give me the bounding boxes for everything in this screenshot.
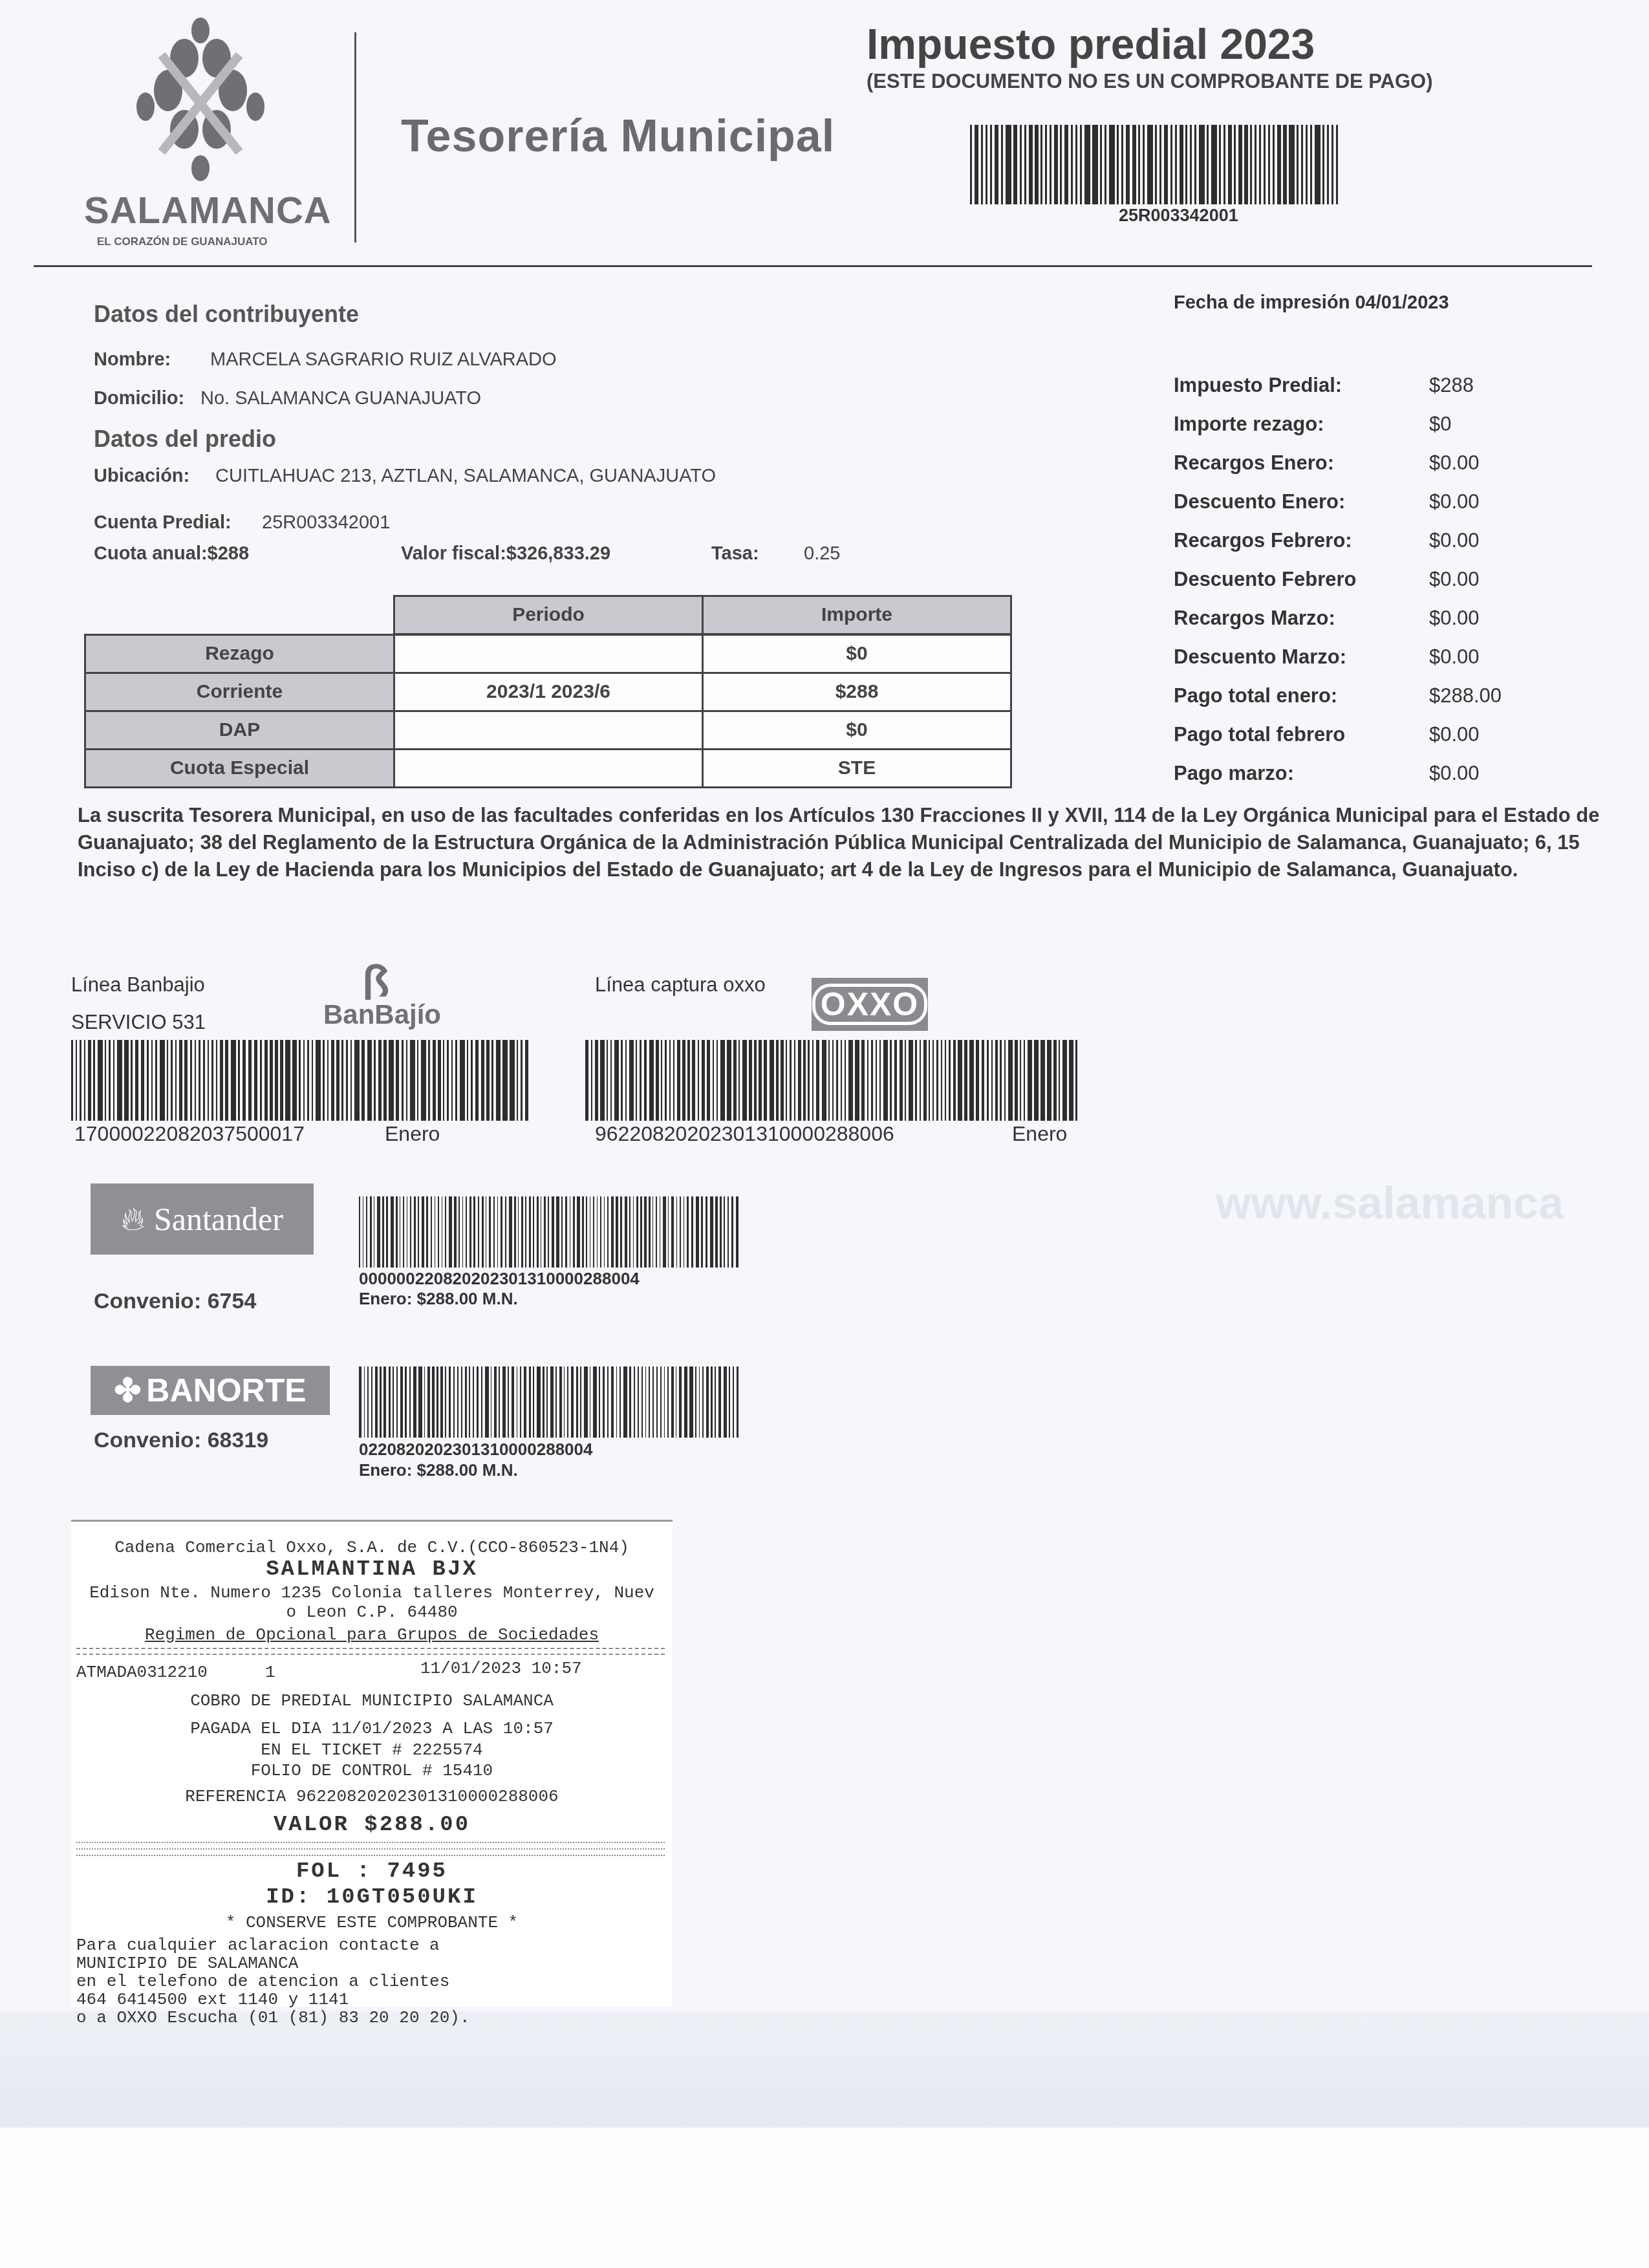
- receipt-referencia: REFERENCIA 96220820202301310000288006: [71, 1787, 673, 1806]
- department-name: Tesorería Municipal: [401, 110, 835, 162]
- summary-label: Descuento Marzo:: [1174, 645, 1346, 669]
- oxxo-month: Enero: [1012, 1122, 1067, 1146]
- cuenta-value: 25R003342001: [262, 512, 390, 534]
- banorte-logo-icon: ✤: [114, 1372, 141, 1409]
- santander-flame-icon: 🔥︎: [121, 1200, 145, 1238]
- ubicacion-label: Ubicación:: [94, 466, 189, 487]
- table-row-importe: STE: [702, 748, 1012, 788]
- cuota-anual: Cuota anual:$288: [94, 543, 249, 565]
- scan-fold-band: [0, 2011, 1649, 2128]
- predio-heading: Datos del predio: [94, 426, 276, 453]
- oxxo-receipt: Cadena Comercial Oxxo, S.A. de C.V.(CCO-…: [71, 1520, 673, 2007]
- valor-fiscal: Valor fiscal:$326,833.29: [401, 543, 610, 565]
- summary-value: $0: [1429, 413, 1451, 436]
- table-row-importe: $0: [702, 634, 1012, 674]
- table-row-concept: Cuota Especial: [84, 748, 395, 788]
- table-header-periodo: Periodo: [393, 595, 704, 635]
- summary-row: Recargos Febrero:$0.00: [1174, 529, 1594, 561]
- summary-value: $0.00: [1429, 529, 1480, 552]
- summary-row: Pago marzo:$0.00: [1174, 762, 1594, 794]
- show-through-text: www.salamanca: [1216, 1177, 1564, 1229]
- document-disclaimer: (ESTE DOCUMENTO NO ES UN COMPROBANTE DE …: [867, 70, 1433, 93]
- receipt-divider: [76, 1842, 665, 1843]
- receipt-contact-5: o a OXXO Escucha (01 (81) 83 20 20 20).: [76, 2008, 470, 2027]
- ubicacion-value: CUITLAHUAC 213, AZTLAN, SALAMANCA, GUANA…: [215, 466, 716, 487]
- receipt-contact-2: MUNICIPIO DE SALAMANCA: [76, 1954, 298, 1973]
- summary-value: $0.00: [1429, 451, 1480, 475]
- banbajio-barcode[interactable]: [71, 1040, 530, 1121]
- banorte-convenio: Convenio: 68319: [94, 1428, 268, 1453]
- summary-value: $0.00: [1429, 723, 1480, 746]
- contribuyente-heading: Datos del contribuyente: [94, 301, 359, 328]
- brand-name: SALAMANCA: [84, 189, 332, 232]
- table-row-importe: $288: [702, 672, 1012, 712]
- salamanca-logo-icon: [133, 16, 268, 184]
- oxxo-logo-text: OXXO: [812, 984, 927, 1025]
- banorte-amount: Enero: $288.00 M.N.: [359, 1460, 518, 1480]
- summary-row: Recargos Marzo:$0.00: [1174, 607, 1594, 639]
- receipt-divider: [76, 1848, 665, 1850]
- summary-label: Importe rezago:: [1174, 413, 1324, 436]
- banbajio-logo: BanBajío: [323, 999, 441, 1030]
- banorte-code: 0220820202301310000288004: [359, 1440, 593, 1460]
- receipt-regimen: Regimen de Opcional para Grupos de Socie…: [71, 1625, 673, 1645]
- santander-amount: Enero: $288.00 M.N.: [359, 1289, 518, 1309]
- summary-label: Descuento Febrero: [1174, 568, 1357, 591]
- banbajio-code: 17000022082037500017: [74, 1122, 305, 1146]
- nombre-label: Nombre:: [94, 349, 171, 371]
- receipt-fol: FOL : 7495: [71, 1859, 673, 1884]
- summary-label: Pago marzo:: [1174, 762, 1294, 785]
- receipt-datetime: 11/01/2023 10:57: [420, 1659, 582, 1678]
- summary-value: $288: [1429, 374, 1474, 397]
- oxxo-barcode[interactable]: [585, 1040, 1080, 1121]
- santander-logo-text: Santander: [154, 1200, 283, 1238]
- receipt-concept: COBRO DE PREDIAL MUNICIPIO SALAMANCA: [71, 1691, 673, 1711]
- banbajio-label: Línea Banbajio: [71, 973, 205, 997]
- account-barcode-number: 25R003342001: [1119, 206, 1238, 226]
- receipt-address-1: Edison Nte. Numero 1235 Colonia talleres…: [71, 1583, 673, 1603]
- santander-code: 0000002208202023013100002880​04: [359, 1269, 640, 1289]
- summary-label: Recargos Marzo:: [1174, 607, 1335, 630]
- receipt-address-2: o Leon C.P. 64480: [71, 1603, 673, 1622]
- receipt-store: SALMANTINA BJX: [71, 1557, 673, 1582]
- receipt-divider: [76, 1648, 665, 1649]
- receipt-divider: [76, 1855, 665, 1856]
- document-title: Impuesto predial 2023: [867, 19, 1315, 69]
- summary-label: Pago total enero:: [1174, 684, 1337, 707]
- receipt-conserve: * CONSERVE ESTE COMPROBANTE *: [71, 1913, 673, 1932]
- santander-barcode[interactable]: [359, 1196, 740, 1268]
- santander-logo: 🔥︎Santander: [91, 1183, 314, 1255]
- summary-row: Pago total febrero$0.00: [1174, 723, 1594, 755]
- summary-label: Recargos Febrero:: [1174, 529, 1352, 552]
- receipt-ticket: EN EL TICKET # 2225574: [71, 1740, 673, 1760]
- summary-row: Recargos Enero:$0.00: [1174, 451, 1594, 484]
- domicilio-label: Domicilio:: [94, 388, 184, 409]
- summary-value: $0.00: [1429, 490, 1480, 513]
- banbajio-month: Enero: [385, 1122, 440, 1146]
- table-row-concept: DAP: [84, 710, 395, 750]
- receipt-company: Cadena Comercial Oxxo, S.A. de C.V.(CCO-…: [71, 1538, 673, 1557]
- receipt-terminal: ATMADA0312210: [76, 1663, 208, 1682]
- nombre-value: MARCELA SAGRARIO RUIZ ALVARADO: [210, 349, 557, 371]
- summary-label: Impuesto Predial:: [1174, 374, 1342, 397]
- summary-row: Descuento Enero:$0.00: [1174, 490, 1594, 523]
- receipt-valor: VALOR $288.00: [71, 1813, 673, 1837]
- summary-value: $0.00: [1429, 762, 1480, 785]
- summary-value: $0.00: [1429, 568, 1480, 591]
- banbajio-service: SERVICIO 531: [71, 1011, 206, 1034]
- table-row-concept: Corriente: [84, 672, 395, 712]
- header-rule: [34, 265, 1592, 267]
- domicilio-value: No. SALAMANCA GUANAJUATO: [200, 388, 481, 409]
- summary-row: Descuento Marzo:$0.00: [1174, 645, 1594, 678]
- oxxo-logo: OXXO: [812, 978, 928, 1031]
- print-date: Fecha de impresión 04/01/2023: [1174, 292, 1449, 314]
- receipt-contact-4: 464 6414500 ext 1140 y 1141: [76, 1990, 349, 2009]
- summary-row: Pago total enero:$288.00: [1174, 684, 1594, 717]
- table-row-importe: $0: [702, 710, 1012, 750]
- summary-row: Impuesto Predial:$288: [1174, 374, 1594, 406]
- table-row-periodo: [393, 748, 704, 788]
- summary-row: Importe rezago:$0: [1174, 413, 1594, 445]
- receipt-folio-control: FOLIO DE CONTROL # 15410: [71, 1761, 673, 1780]
- receipt-divider: [76, 1654, 665, 1655]
- brand-tagline: EL CORAZÓN DE GUANAJUATO: [97, 235, 268, 248]
- summary-value: $288.00: [1429, 684, 1502, 707]
- summary-label: Recargos Enero:: [1174, 451, 1334, 475]
- santander-convenio: Convenio: 6754: [94, 1289, 256, 1314]
- table-row-concept: Rezago: [84, 634, 395, 674]
- banorte-logo: ✤BANORTE: [91, 1366, 330, 1415]
- cuenta-label: Cuenta Predial:: [94, 512, 232, 534]
- table-row-periodo: [393, 634, 704, 674]
- oxxo-code: 96220820202301310000288006: [595, 1122, 894, 1146]
- legal-text: La suscrita Tesorera Municipal, en uso d…: [78, 802, 1604, 883]
- tasa-label: Tasa:: [711, 543, 759, 565]
- banorte-barcode[interactable]: [359, 1366, 740, 1438]
- tasa-value: 0.25: [804, 543, 840, 565]
- table-row-periodo: 2023/1 2023/6: [393, 672, 704, 712]
- receipt-paid-on: PAGADA EL DIA 11/01/2023 A LAS 10:57: [71, 1719, 673, 1738]
- receipt-qty: 1: [265, 1663, 275, 1682]
- receipt-contact-1: Para cualquier aclaracion contacte a: [76, 1936, 440, 1955]
- table-row-periodo: [393, 710, 704, 750]
- header-divider: [354, 32, 356, 243]
- summary-label: Descuento Enero:: [1174, 490, 1345, 513]
- page-margin: [0, 2128, 1649, 2268]
- summary-value: $0.00: [1429, 645, 1480, 669]
- receipt-id: ID: 10GT050UKI: [71, 1885, 673, 1910]
- summary-value: $0.00: [1429, 607, 1480, 630]
- summary-row: Descuento Febrero$0.00: [1174, 568, 1594, 600]
- table-header-importe: Importe: [702, 595, 1012, 635]
- summary-label: Pago total febrero: [1174, 723, 1345, 746]
- oxxo-label: Línea captura oxxo: [595, 973, 766, 997]
- account-barcode: [970, 125, 1397, 204]
- receipt-contact-3: en el telefono de atencion a clientes: [76, 1972, 449, 1991]
- banorte-logo-text: BANORTE: [146, 1372, 306, 1409]
